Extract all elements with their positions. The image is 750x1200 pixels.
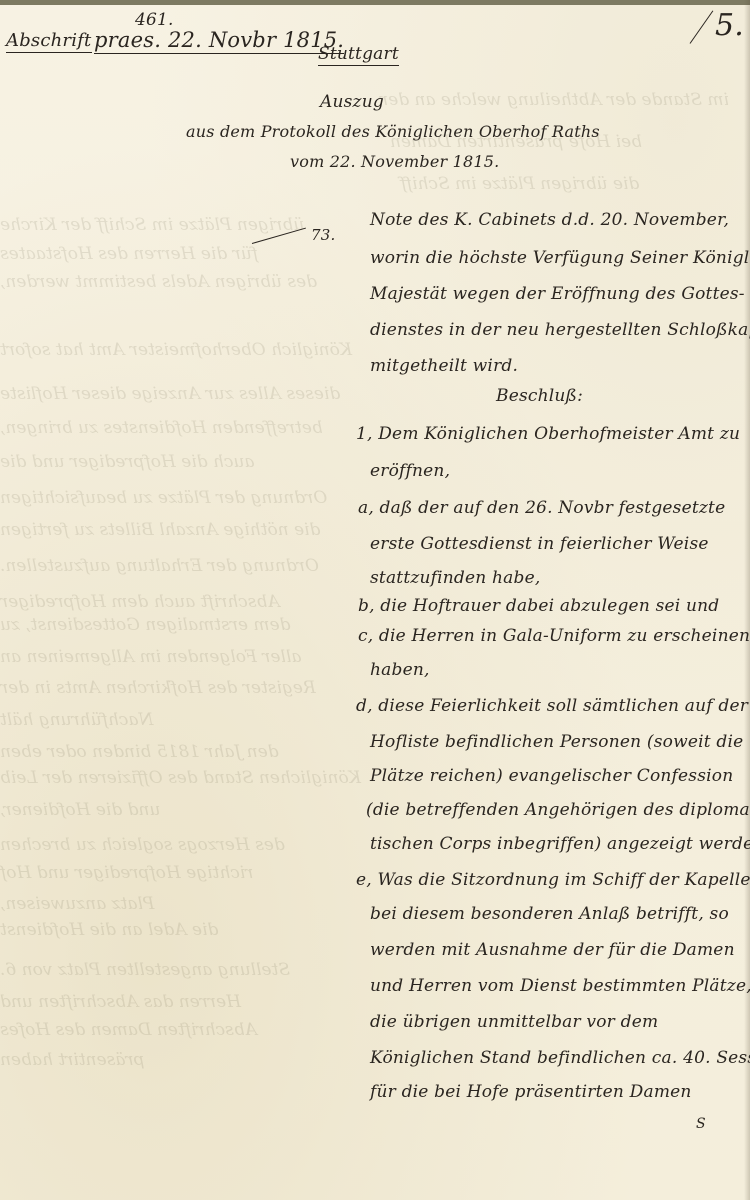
subject-line: mitgetheilt wird. (370, 356, 518, 376)
scan-right-edge (744, 0, 750, 1200)
page-number-stroke (690, 10, 714, 43)
decision-line: Plätze reichen) evangelischer Confession (370, 766, 733, 786)
decision-heading: Beschluß: (496, 386, 583, 406)
decision-line: erste Gottesdienst in feierlicher Weise (370, 534, 709, 554)
decision-line: werden mit Ausnahme der für die Damen (370, 940, 735, 960)
catchword: S (696, 1116, 706, 1132)
place-name: Stuttgart (318, 44, 399, 66)
decision-line: e, Was die Sitzordnung im Schiff der Kap… (356, 870, 750, 890)
decision-line: stattzufinden habe, (370, 568, 540, 588)
decision-line: d, diese Feierlichkeit soll sämtlichen a… (356, 696, 748, 716)
decision-line: und Herren vom Dienst bestimmten Plätze, (370, 976, 750, 996)
registry-mark: Abschrift (6, 30, 92, 53)
entry-number: 73. (311, 226, 335, 244)
decision-line: b, die Hoftrauer dabei abzulegen sei und (358, 596, 719, 616)
subject-line: Note des K. Cabinets d.d. 20. November, (370, 210, 729, 230)
subject-line: worin die höchste Verfügung Seiner König… (370, 248, 750, 268)
decision-line: für die bei Hofe präsentirten Damen (370, 1082, 692, 1102)
decision-line: Hofliste befindlichen Personen (soweit d… (370, 732, 743, 752)
decision-line: eröffnen, (370, 461, 450, 481)
decision-line: haben, (370, 660, 430, 680)
decision-line: a, daß der auf den 26. Novbr festgesetzt… (358, 498, 725, 518)
document-title-line-2: vom 22. November 1815. (290, 152, 499, 171)
subject-line: dienstes in der neu hergestellten Schloß… (370, 320, 750, 340)
document-title-line-1: aus dem Protokoll des Königlichen Oberho… (186, 122, 600, 141)
scan-top-edge (0, 0, 750, 5)
subject-line: Majestät wegen der Eröffnung des Gottes- (370, 284, 745, 304)
decision-line: c, die Herren in Gala-Uniform zu erschei… (358, 626, 750, 646)
manuscript-page: im Stande der Abtheilung welche an der b… (0, 0, 750, 1200)
folio-number: 461. (135, 10, 174, 30)
decision-line: tischen Corps inbegriffen) angezeigt wer… (370, 834, 750, 854)
decision-line: die übrigen unmittelbar vor dem (370, 1012, 658, 1032)
decision-line: (die betreffenden Angehörigen des diplom… (366, 800, 750, 820)
page-number: 5. (715, 8, 744, 43)
decision-line: 1, Dem Königlichen Oberhofmeister Amt zu (356, 424, 740, 444)
document-heading: Auszug (320, 92, 384, 112)
decision-line: bei diesem besonderen Anlaß betrifft, so (370, 904, 729, 924)
received-note: praes. 22. Novbr 1815. (94, 28, 344, 54)
decision-line: Königlichen Stand befindlichen ca. 40. S… (370, 1048, 750, 1068)
